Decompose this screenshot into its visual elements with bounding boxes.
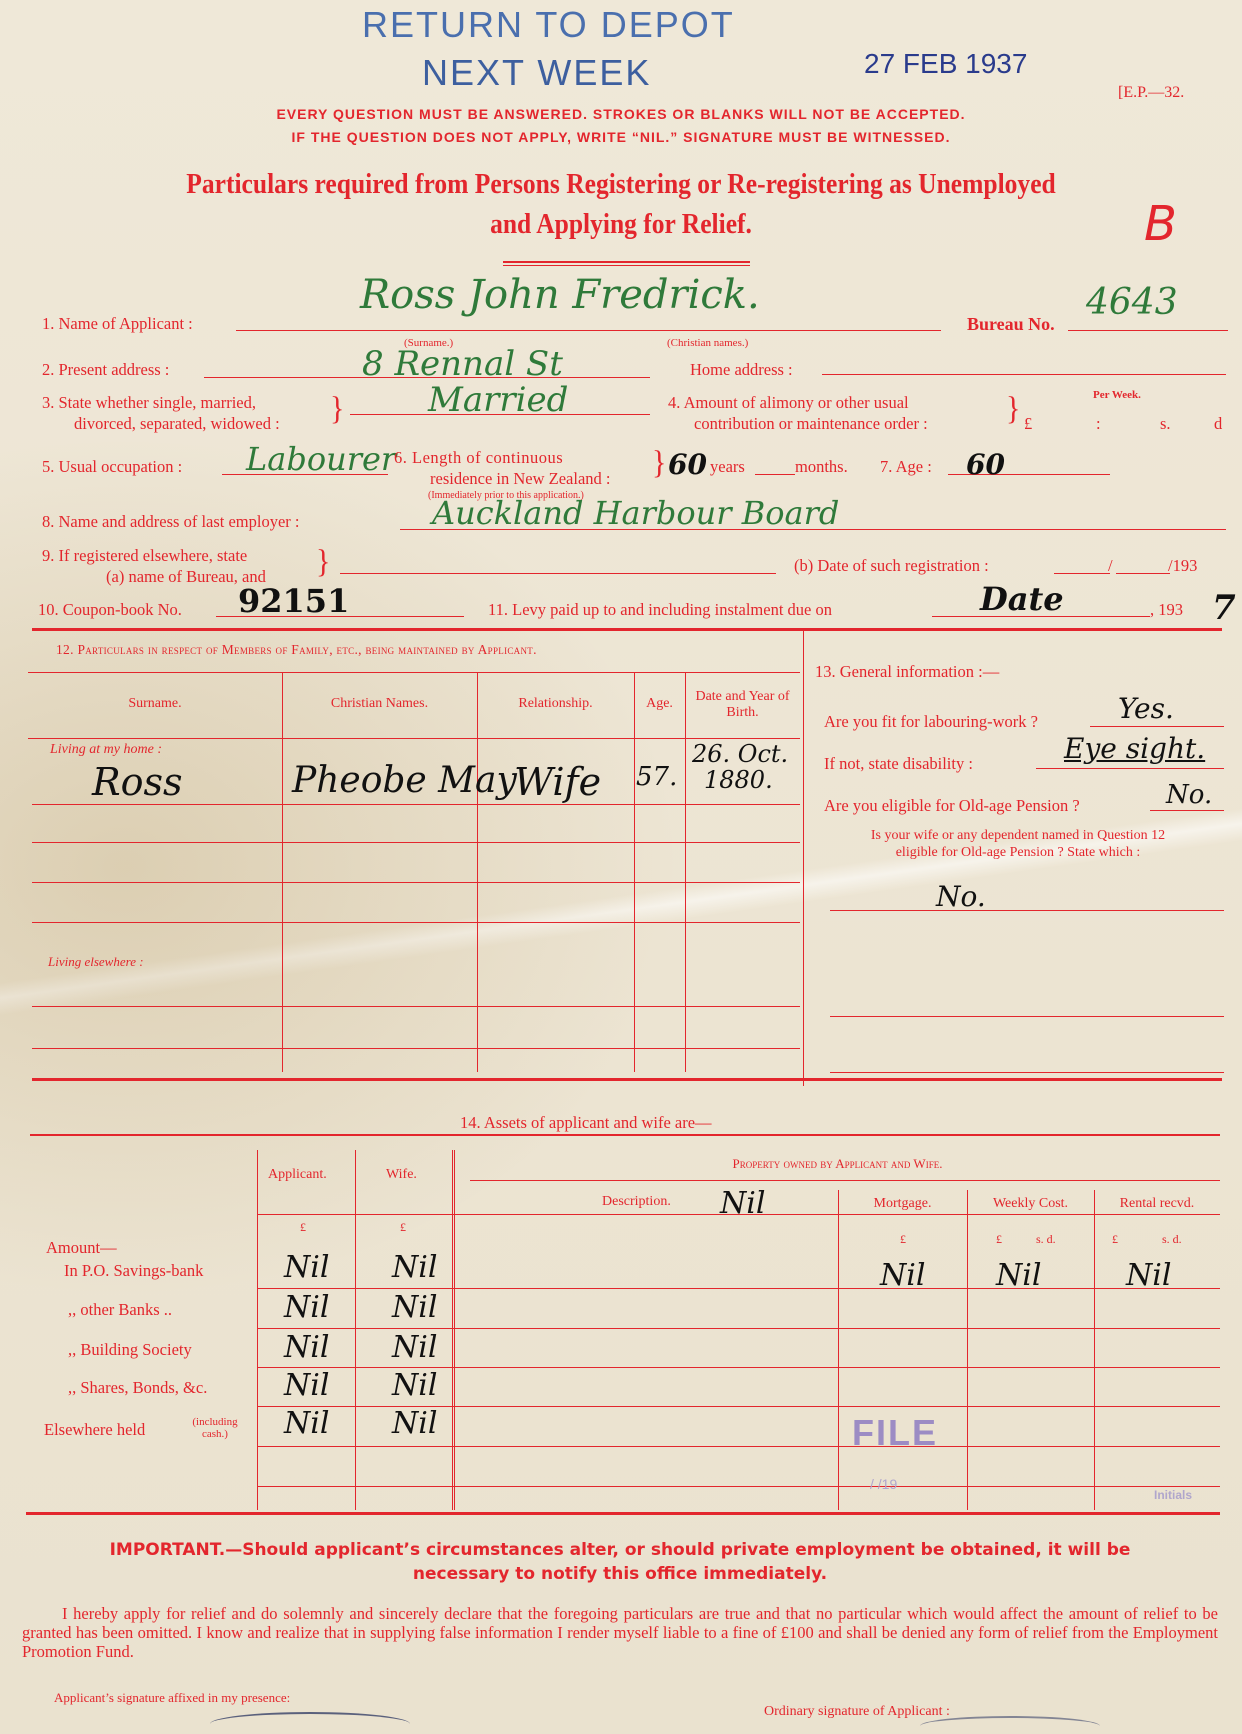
asset-row-note-4: (including cash.) bbox=[182, 1416, 248, 1440]
q12-col-2 bbox=[477, 672, 478, 1072]
member-surname[interactable]: Ross bbox=[92, 760, 183, 804]
q1-label: 1. Name of Applicant : bbox=[42, 314, 193, 334]
file-date-stamp: / /19 bbox=[870, 1476, 897, 1492]
q9b-month-line bbox=[1116, 573, 1170, 574]
q3-label-line-2: divorced, separated, widowed : bbox=[74, 414, 280, 434]
years-label: years bbox=[710, 457, 745, 477]
disability-field[interactable]: Eye sight. bbox=[1064, 732, 1205, 765]
instruction-line-1: EVERY QUESTION MUST BE ANSWERED. STROKES… bbox=[0, 106, 1242, 122]
q14-header-bottom bbox=[257, 1214, 1220, 1215]
q11-label: 11. Levy paid up to and including instal… bbox=[488, 600, 832, 620]
q11-year-prefix: , 193 bbox=[1150, 600, 1183, 620]
dependent-line bbox=[830, 910, 1224, 911]
col-rental: Rental recvd. bbox=[1094, 1196, 1220, 1212]
q1-name-field[interactable]: Ross John Fredrick. bbox=[360, 272, 760, 318]
asset-row-label-4: Elsewhere held bbox=[44, 1420, 145, 1440]
rental-pound: £ bbox=[1112, 1232, 1118, 1247]
other-bureau-field[interactable] bbox=[340, 550, 776, 572]
q10-label: 10. Coupon-book No. bbox=[38, 600, 182, 620]
asset-row-line-1 bbox=[257, 1328, 1220, 1329]
months-line bbox=[755, 474, 795, 475]
last-employer-field[interactable]: Auckland Harbour Board bbox=[432, 494, 839, 532]
q9-label-line-1: 9. If registered elsewhere, state bbox=[42, 546, 247, 566]
col-dob: Date and Year of Birth. bbox=[685, 689, 800, 721]
title-divider bbox=[503, 261, 750, 263]
form-title-line-1: Particulars required from Persons Regist… bbox=[75, 168, 1168, 201]
q12-row-line-2 bbox=[32, 842, 800, 843]
occupation-field[interactable]: Labourer bbox=[246, 440, 396, 478]
section-divider-1 bbox=[32, 628, 1222, 631]
col-age: Age. bbox=[634, 696, 685, 712]
asset-row-line-0 bbox=[257, 1288, 1220, 1289]
initials-stamp: Initials bbox=[1154, 1488, 1192, 1502]
age-field[interactable]: 60 bbox=[966, 448, 1005, 481]
dependent-field[interactable]: No. bbox=[936, 880, 986, 913]
living-elsewhere-label: Living elsewhere : bbox=[48, 954, 144, 970]
q3-brace: } bbox=[330, 393, 344, 426]
mortgage-pound: £ bbox=[900, 1232, 906, 1247]
amount-label: Amount— bbox=[46, 1238, 117, 1258]
col-christian-names: Christian Names. bbox=[282, 696, 477, 712]
q9-brace: } bbox=[316, 546, 330, 579]
asset-applicant-4[interactable]: Nil bbox=[284, 1406, 329, 1441]
asset-row-line-5 bbox=[257, 1486, 1220, 1487]
asset-wife-1[interactable]: Nil bbox=[392, 1290, 437, 1325]
q9b-day-line bbox=[1054, 573, 1110, 574]
col-weekly-cost: Weekly Cost. bbox=[967, 1196, 1094, 1212]
instruction-line-2: IF THE QUESTION DOES NOT APPLY, WRITE “N… bbox=[0, 129, 1242, 145]
q13-heading: 13. General information :— bbox=[815, 662, 999, 682]
title-divider-thin bbox=[503, 265, 750, 266]
property-heading-line bbox=[470, 1180, 1220, 1181]
member-dob-year[interactable]: 1880. bbox=[704, 766, 773, 794]
q14-col-rental bbox=[1094, 1190, 1095, 1510]
disability-line bbox=[1036, 768, 1224, 769]
q1-line bbox=[236, 330, 941, 331]
q12-col-3 bbox=[634, 672, 635, 1072]
q4-label-line-1: 4. Amount of alimony or other usual bbox=[668, 393, 909, 413]
q12-row-line-3 bbox=[32, 882, 800, 883]
asset-wife-4[interactable]: Nil bbox=[392, 1406, 437, 1441]
file-stamp: FILE bbox=[852, 1412, 938, 1454]
applicant-signature[interactable] bbox=[920, 1716, 1100, 1734]
asset-applicant-1[interactable]: Nil bbox=[284, 1290, 329, 1325]
asset-applicant-0[interactable]: Nil bbox=[284, 1250, 329, 1285]
pence-label: d bbox=[1214, 414, 1222, 434]
pension-field[interactable]: No. bbox=[1166, 780, 1212, 810]
form-code: [E.P.—32. bbox=[1118, 84, 1184, 102]
asset-row-label-0: In P.O. Savings-bank bbox=[64, 1261, 203, 1281]
home-address-line bbox=[822, 374, 1226, 375]
q11-year-digit[interactable]: 7 bbox=[1212, 588, 1236, 628]
q9b-label: (b) Date of such registration : bbox=[794, 556, 989, 576]
asset-row-label-3: ,, Shares, Bonds, &c. bbox=[68, 1378, 207, 1398]
weekly-pound: £ bbox=[996, 1232, 1002, 1247]
section-divider-3 bbox=[26, 1512, 1220, 1515]
q14-col-property bbox=[452, 1150, 455, 1510]
witness-signature-label: Applicant’s signature affixed in my pres… bbox=[54, 1690, 290, 1706]
asset-row-label-2: ,, Building Society bbox=[68, 1340, 192, 1360]
witness-signature[interactable] bbox=[210, 1712, 410, 1734]
member-age[interactable]: 57. bbox=[636, 762, 677, 792]
q12-col-4 bbox=[685, 672, 686, 1072]
col-relationship: Relationship. bbox=[477, 696, 634, 712]
fit-label: Are you fit for labouring-work ? bbox=[824, 712, 1038, 732]
q14-col-mortgage bbox=[838, 1190, 839, 1510]
q9b-year-suffix: /193 bbox=[1168, 556, 1197, 576]
col-surname: Surname. bbox=[28, 696, 282, 712]
important-notice-line-2: necessary to notify this office immediat… bbox=[60, 1564, 1180, 1584]
fit-field[interactable]: Yes. bbox=[1118, 692, 1174, 725]
asset-wife-0[interactable]: Nil bbox=[392, 1250, 437, 1285]
asset-wife-3[interactable]: Nil bbox=[392, 1368, 437, 1403]
corner-mark: B bbox=[1144, 196, 1177, 252]
home-address-field[interactable] bbox=[822, 352, 1226, 374]
member-christian-names[interactable]: Pheobe May bbox=[292, 760, 517, 801]
declaration-text: I hereby apply for relief and do solemnl… bbox=[22, 1604, 1218, 1661]
marital-status-field[interactable]: Married bbox=[428, 380, 568, 420]
q13-blank-line-1 bbox=[830, 1016, 1224, 1017]
disability-label: If not, state disability : bbox=[824, 754, 973, 774]
q12-row-line-4 bbox=[32, 922, 800, 923]
dependent-label-1: Is your wife or any dependent named in Q… bbox=[812, 828, 1224, 844]
asset-row-line-4 bbox=[257, 1446, 1220, 1447]
present-address-field[interactable]: 8 Rennal St bbox=[362, 344, 563, 384]
bureau-line bbox=[1068, 330, 1228, 331]
dependent-label-2: eligible for Old-age Pension ? State whi… bbox=[812, 845, 1224, 861]
q14-heading: 14. Assets of applicant and wife are— bbox=[460, 1113, 712, 1133]
col-applicant: Applicant. bbox=[268, 1167, 327, 1183]
description-field[interactable]: Nil bbox=[720, 1186, 765, 1221]
important-notice-line-1: IMPORTANT.—Should applicant’s circumstan… bbox=[60, 1540, 1180, 1560]
q9-line bbox=[340, 573, 776, 574]
christian-names-caption: (Christian names.) bbox=[667, 337, 748, 349]
form-title-line-2: and Applying for Relief. bbox=[75, 208, 1168, 241]
bureau-no-field[interactable]: 4643 bbox=[1086, 282, 1178, 323]
asset-wife-2[interactable]: Nil bbox=[392, 1330, 437, 1365]
q12-col-1 bbox=[282, 672, 283, 1072]
description-label: Description. bbox=[602, 1194, 671, 1210]
pension-line bbox=[1150, 810, 1224, 811]
wife-pound: £ bbox=[400, 1220, 406, 1235]
asset-row-label-1: ,, other Banks .. bbox=[68, 1300, 172, 1320]
q12-q13-divider bbox=[803, 630, 804, 1086]
q14-col-applicant bbox=[257, 1150, 258, 1510]
q4-brace: } bbox=[1006, 393, 1020, 426]
shillings-label: s. bbox=[1160, 414, 1171, 434]
pension-label: Are you eligible for Old-age Pension ? bbox=[824, 796, 1080, 816]
q3-label-line-1: 3. State whether single, married, bbox=[42, 393, 256, 413]
form-paper: RETURN TO DEPOT NEXT WEEK 27 FEB 1937 [E… bbox=[0, 0, 1242, 1734]
col-wife: Wife. bbox=[386, 1167, 417, 1183]
colon-sep: : bbox=[1096, 414, 1101, 434]
property-heading: Property owned by Applicant and Wife. bbox=[455, 1156, 1220, 1172]
member-dob-day[interactable]: 26. Oct. bbox=[692, 740, 788, 768]
q12-row-line-5 bbox=[32, 1006, 800, 1007]
home-address-label: Home address : bbox=[690, 360, 793, 380]
q13-blank-line-2 bbox=[830, 1072, 1224, 1073]
q2-label: 2. Present address : bbox=[42, 360, 169, 380]
q8-label: 8. Name and address of last employer : bbox=[42, 512, 300, 532]
asset-applicant-2[interactable]: Nil bbox=[284, 1330, 329, 1365]
living-home-label: Living at my home : bbox=[50, 742, 162, 758]
months-label: months. bbox=[795, 457, 848, 477]
member-relationship[interactable]: Wife bbox=[514, 760, 601, 804]
pounds-sign: £ bbox=[1024, 414, 1032, 434]
q14-col-weekly bbox=[967, 1190, 968, 1510]
applicant-pound: £ bbox=[300, 1220, 306, 1235]
per-week-label: Per Week. bbox=[1093, 389, 1141, 401]
q6-label-line-2: residence in New Zealand : bbox=[430, 469, 611, 489]
coupon-book-field[interactable]: 92151 bbox=[238, 582, 349, 620]
q6-brace: } bbox=[652, 447, 666, 480]
q6-label-line-1: 6. Length of continuous bbox=[394, 448, 563, 468]
q12-heading: 12. Particulars in respect of Members of… bbox=[56, 642, 537, 658]
q12-row-line-6 bbox=[32, 1048, 800, 1049]
q9b-slash: / bbox=[1108, 556, 1113, 576]
next-week-stamp: NEXT WEEK bbox=[422, 52, 651, 94]
weekly-sd: s. d. bbox=[1036, 1232, 1056, 1247]
q5-label: 5. Usual occupation : bbox=[42, 457, 182, 477]
q14-col-wife bbox=[355, 1150, 356, 1510]
section-divider-2 bbox=[32, 1078, 1222, 1081]
applicant-signature-label: Ordinary signature of Applicant : bbox=[764, 1704, 950, 1720]
bureau-label: Bureau No. bbox=[967, 314, 1055, 335]
levy-date-field[interactable]: Date bbox=[980, 580, 1064, 618]
q7-label: 7. Age : bbox=[880, 457, 932, 477]
q14-top-line bbox=[30, 1134, 1220, 1136]
q12-row-line-1 bbox=[32, 804, 800, 805]
years-field[interactable]: 60 bbox=[668, 448, 707, 481]
q4-label-line-2: contribution or maintenance order : bbox=[694, 414, 928, 434]
return-to-depot-stamp: RETURN TO DEPOT bbox=[362, 4, 735, 46]
fit-line bbox=[1090, 726, 1224, 727]
rental-sd: s. d. bbox=[1162, 1232, 1182, 1247]
asset-applicant-3[interactable]: Nil bbox=[284, 1368, 329, 1403]
col-mortgage: Mortgage. bbox=[838, 1196, 967, 1212]
date-stamp: 27 FEB 1937 bbox=[864, 48, 1027, 80]
